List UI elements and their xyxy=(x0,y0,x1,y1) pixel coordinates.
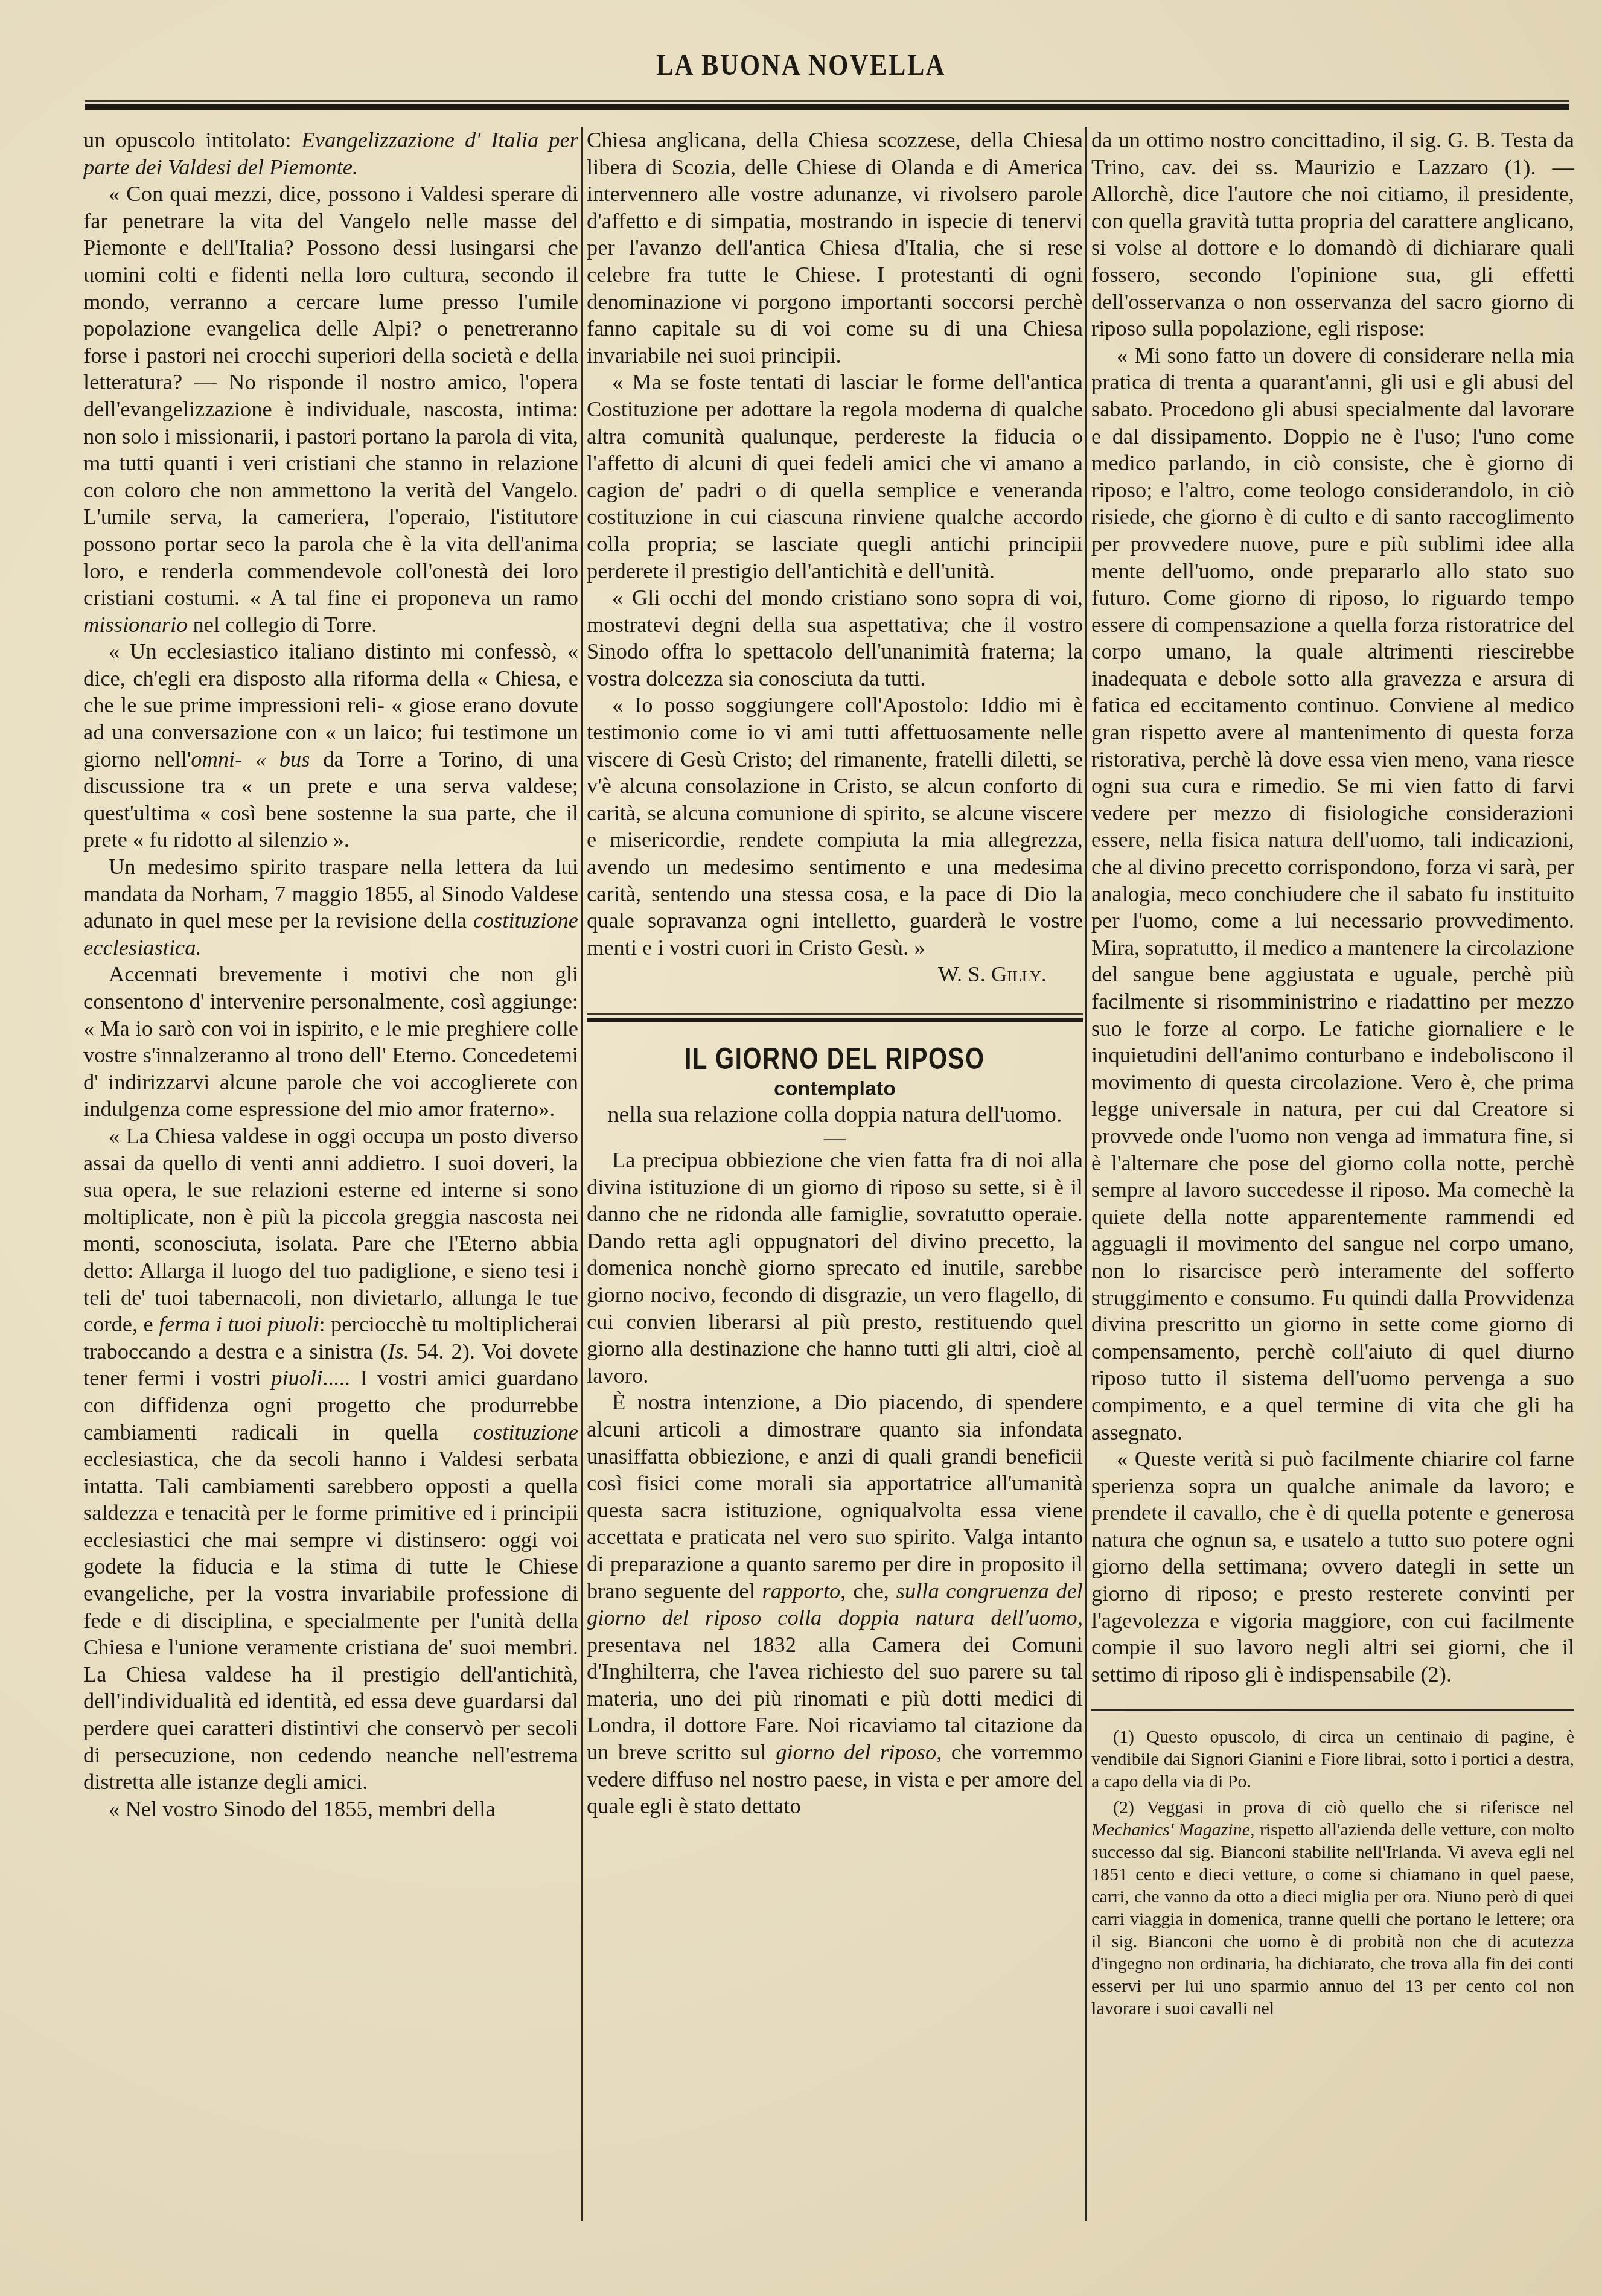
footnotes: (1) Questo opuscolo, di circa un centina… xyxy=(1091,1726,1574,2020)
paragraph: da un ottimo nostro concittadino, il sig… xyxy=(1091,127,1574,342)
paragraph: Chiesa anglicana, della Chiesa scozzese,… xyxy=(587,127,1083,369)
text: « Queste verità si può facilmente chiari… xyxy=(1091,1446,1574,1686)
column-divider xyxy=(581,127,583,2221)
section-rule-thick xyxy=(587,1018,1083,1022)
text: « Ma se foste tentati di lasciar le form… xyxy=(587,369,1083,582)
article-title: IL GIORNO DEL RIPOSO xyxy=(636,1041,1033,1077)
text: È nostra intenzione, a Dio piacendo, di … xyxy=(587,1389,1083,1602)
article-body: La precipua obbiezione che vien fatta fr… xyxy=(587,1147,1083,1820)
italic-text: ferma i tuoi piuoli xyxy=(159,1312,319,1336)
paragraph: (1) Questo opuscolo, di circa un centina… xyxy=(1091,1726,1574,1793)
italic-text: costituzione xyxy=(473,1420,578,1444)
text: Chiesa anglicana, della Chiesa scozzese,… xyxy=(587,127,1083,368)
paragraph: La precipua obbiezione che vien fatta fr… xyxy=(587,1147,1083,1389)
article-dash: — xyxy=(587,1129,1083,1147)
paragraph: Accennati brevemente i motivi che non gl… xyxy=(83,961,578,1123)
text: « La Chiesa valdese in oggi occupa un po… xyxy=(83,1123,578,1336)
text: nel collegio di Torre. xyxy=(187,612,377,637)
paragraph: « Ma se foste tentati di lasciar le form… xyxy=(587,369,1083,584)
paragraph: « La Chiesa valdese in oggi occupa un po… xyxy=(83,1123,578,1796)
paragraph: « Mi sono fatto un dovere di considerare… xyxy=(1091,342,1574,1446)
section-rule-thin xyxy=(587,1013,1083,1015)
text: , rispetto all'azienda delle vetture, co… xyxy=(1091,1820,1574,2018)
column-2: Chiesa anglicana, della Chiesa scozzese,… xyxy=(587,127,1083,1820)
column-1-body: un opuscolo intitolato: Evangelizzazione… xyxy=(83,127,578,1822)
paragraph: « Gli occhi del mondo cristiano sono sop… xyxy=(587,584,1083,692)
text: , che, xyxy=(840,1578,896,1603)
text: « Io posso soggiungere coll'Apostolo: Id… xyxy=(587,692,1083,959)
italic-text: missionario xyxy=(83,612,187,637)
article-subtitle: contemplato xyxy=(587,1077,1083,1101)
text: « Con quai mezzi, dice, possono i Valdes… xyxy=(83,181,578,610)
masthead-title: LA BUONA NOVELLA xyxy=(120,47,1482,82)
text: da un ottimo nostro concittadino, il sig… xyxy=(1091,127,1574,340)
italic-text: Is. xyxy=(388,1339,409,1363)
signature: W. S. Gilly. xyxy=(587,961,1083,988)
footnote-rule xyxy=(1091,1709,1574,1711)
text: « Nel vostro Sinodo del 1855, membri del… xyxy=(109,1796,496,1821)
paragraph: Un medesimo spirito traspare nella lette… xyxy=(83,853,578,961)
italic-text: omni- « bus xyxy=(191,747,310,771)
masthead-rule-thick xyxy=(85,104,1569,110)
column-divider xyxy=(1085,127,1087,2221)
paragraph: « Queste verità si può facilmente chiari… xyxy=(1091,1446,1574,1688)
paragraph: « Un ecclesiastico italiano distinto mi … xyxy=(83,638,578,853)
column-3: da un ottimo nostro concittadino, il sig… xyxy=(1091,127,1574,2023)
italic-text: Mechanics' Magazine xyxy=(1091,1820,1250,1840)
text: « Mi sono fatto un dovere di considerare… xyxy=(1091,343,1574,1444)
paragraph: « Con quai mezzi, dice, possono i Valdes… xyxy=(83,180,578,638)
column-2-body: Chiesa anglicana, della Chiesa scozzese,… xyxy=(587,127,1083,961)
paragraph: un opuscolo intitolato: Evangelizzazione… xyxy=(83,127,578,180)
text: (1) Questo opuscolo, di circa un centina… xyxy=(1091,1727,1574,1791)
column-3-body: da un ottimo nostro concittadino, il sig… xyxy=(1091,127,1574,1688)
text: Accennati brevemente i motivi che non gl… xyxy=(83,961,578,1121)
italic-text: piuoli xyxy=(271,1365,322,1390)
paragraph: (2) Veggasi in prova di ciò quello che s… xyxy=(1091,1796,1574,2020)
masthead-rule-thin xyxy=(85,100,1569,102)
text: ecclesiastica, che da secoli hanno i Val… xyxy=(83,1446,578,1794)
text: un opuscolo intitolato: xyxy=(83,127,302,152)
column-1: un opuscolo intitolato: Evangelizzazione… xyxy=(83,127,578,1822)
paragraph: « Io posso soggiungere coll'Apostolo: Id… xyxy=(587,692,1083,961)
italic-text: rapporto xyxy=(762,1578,841,1603)
italic-text: giorno del riposo xyxy=(776,1740,936,1764)
paragraph: È nostra intenzione, a Dio piacendo, di … xyxy=(587,1389,1083,1820)
text: La precipua obbiezione che vien fatta fr… xyxy=(587,1147,1083,1388)
paragraph: « Nel vostro Sinodo del 1855, membri del… xyxy=(83,1796,578,1823)
text: « Gli occhi del mondo cristiano sono sop… xyxy=(587,585,1083,690)
text: (2) Veggasi in prova di ciò quello che s… xyxy=(1113,1797,1574,1817)
